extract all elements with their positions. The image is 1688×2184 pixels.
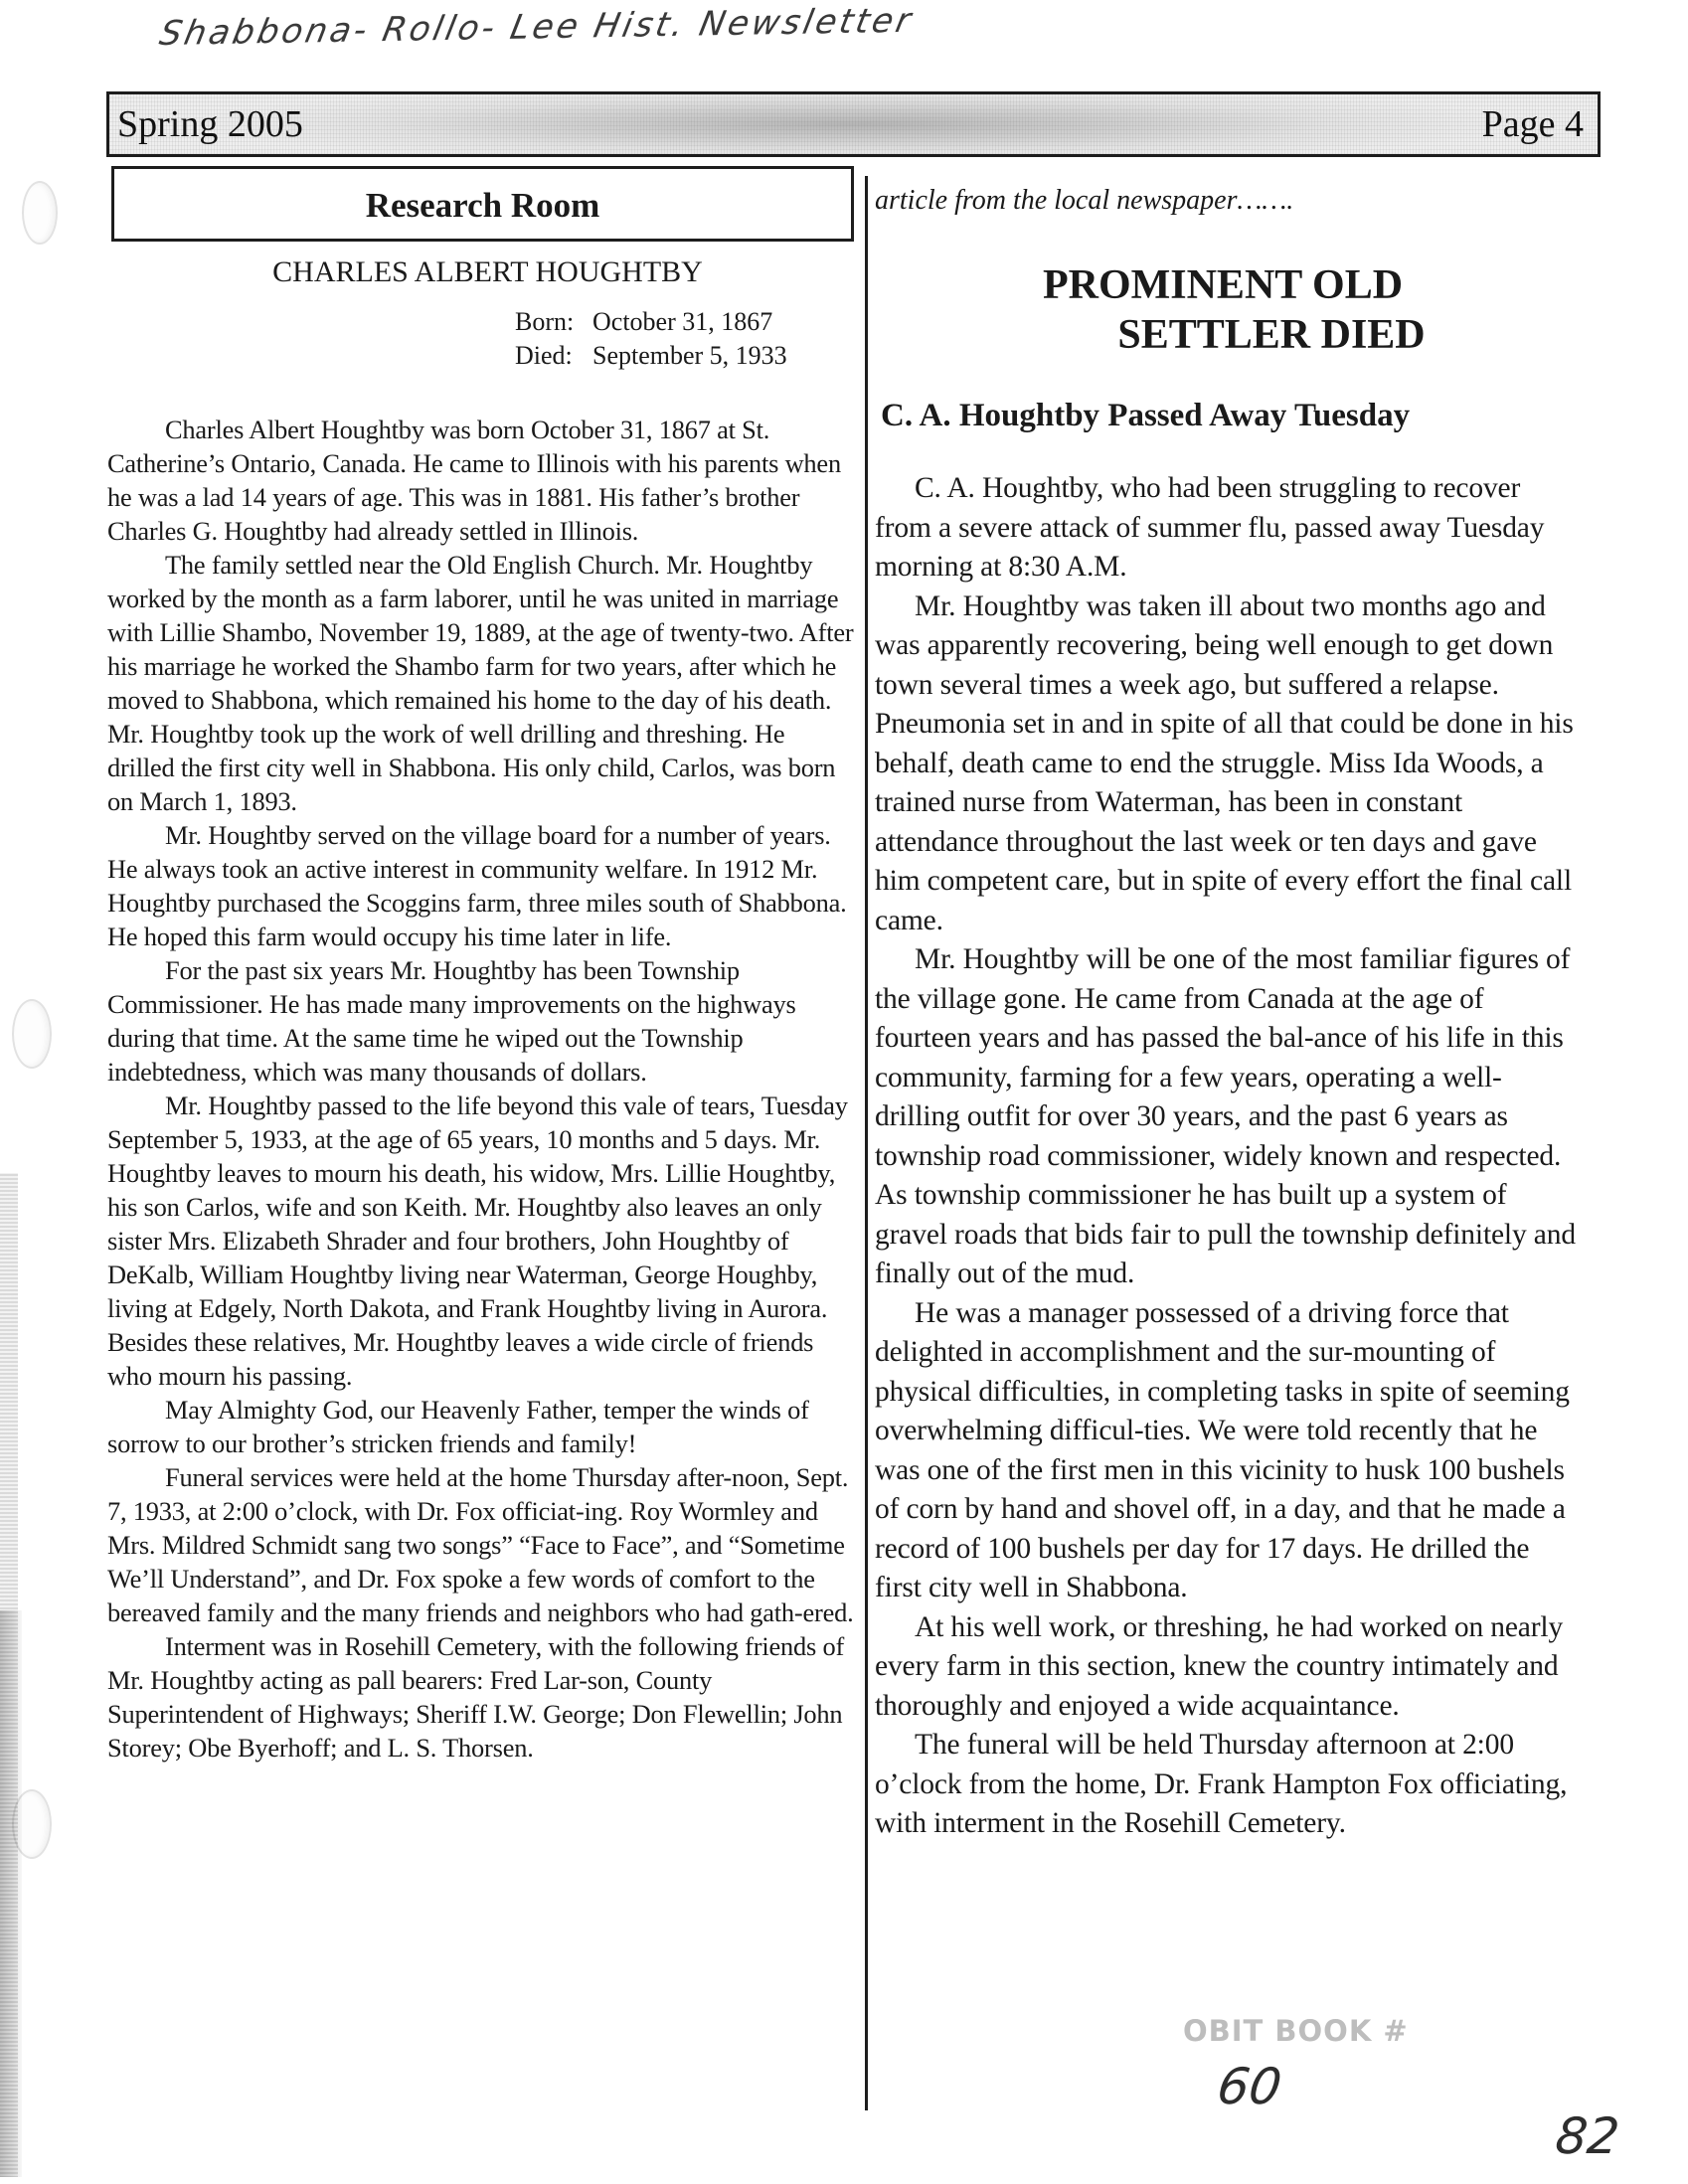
issue-label: Spring 2005: [117, 100, 303, 148]
paragraph: For the past six years Mr. Houghtby has …: [107, 953, 858, 1089]
died-label: Died:: [515, 339, 592, 373]
handwritten-page-number: 82: [1553, 2107, 1622, 2165]
died-date: September 5, 1933: [592, 341, 787, 370]
binding-hole-top: [22, 181, 58, 245]
paragraph: Mr. Houghtby was taken ill about two mon…: [875, 588, 1581, 941]
paragraph: Interment was in Rosehill Cemetery, with…: [107, 1629, 858, 1764]
born-label: Born:: [515, 305, 592, 339]
paragraph: He was a manager possessed of a driving …: [875, 1294, 1581, 1608]
page-label: Page 4: [1482, 100, 1584, 148]
died-row: Died:September 5, 1933: [515, 339, 858, 373]
paragraph: Mr. Houghtby will be one of the most fam…: [875, 940, 1581, 1294]
born-date: October 31, 1867: [592, 307, 772, 336]
column-divider: [865, 176, 868, 2110]
article-body: C. A. Houghtby, who had been struggling …: [875, 469, 1581, 1844]
paragraph: Mr. Houghtby served on the village board…: [107, 818, 858, 953]
paragraph: The family settled near the Old English …: [107, 548, 858, 818]
vital-dates: Born:October 31, 1867 Died:September 5, …: [515, 305, 858, 373]
right-column-newspaper-article: article from the local newspaper……. PROM…: [875, 181, 1581, 1844]
paragraph: Funeral services were held at the home T…: [107, 1460, 858, 1629]
obit-book-stamp: OBIT BOOK #: [1183, 2014, 1409, 2048]
handwritten-obit-book-number: 60: [1214, 2058, 1285, 2115]
obituary-body: Charles Albert Houghtby was born October…: [107, 413, 858, 1764]
article-subheadline: C. A. Houghtby Passed Away Tuesday: [875, 396, 1581, 435]
headline-line-2: SETTLER DIED: [875, 310, 1581, 360]
binding-hole-middle: [12, 999, 52, 1069]
paragraph: Mr. Houghtby passed to the life beyond t…: [107, 1089, 858, 1393]
paragraph: Charles Albert Houghtby was born October…: [107, 413, 858, 548]
section-title: Research Room: [366, 186, 600, 226]
obituary-name: CHARLES ALBERT HOUGHTBY: [107, 253, 858, 291]
born-row: Born:October 31, 1867: [515, 305, 858, 339]
paragraph: C. A. Houghtby, who had been struggling …: [875, 469, 1581, 588]
paragraph: At his well work, or threshing, he had w…: [875, 1608, 1581, 1727]
paragraph: May Almighty God, our Heavenly Father, t…: [107, 1393, 858, 1460]
left-column-obituary: CHARLES ALBERT HOUGHTBY Born:October 31,…: [107, 253, 858, 1764]
article-intro: article from the local newspaper…….: [875, 181, 1581, 221]
headline-line-1: PROMINENT OLD: [875, 260, 1581, 310]
newsletter-header-bar: Spring 2005 Page 4: [106, 91, 1601, 157]
handwritten-newsletter-note: Shabbona- Rollo- Lee Hist. Newsletter: [156, 1, 917, 54]
research-room-title-box: Research Room: [111, 166, 854, 242]
scan-edge-shadow: [0, 1610, 22, 2177]
article-headline: PROMINENT OLD SETTLER DIED: [875, 260, 1581, 360]
paragraph: The funeral will be held Thursday aftern…: [875, 1726, 1581, 1844]
